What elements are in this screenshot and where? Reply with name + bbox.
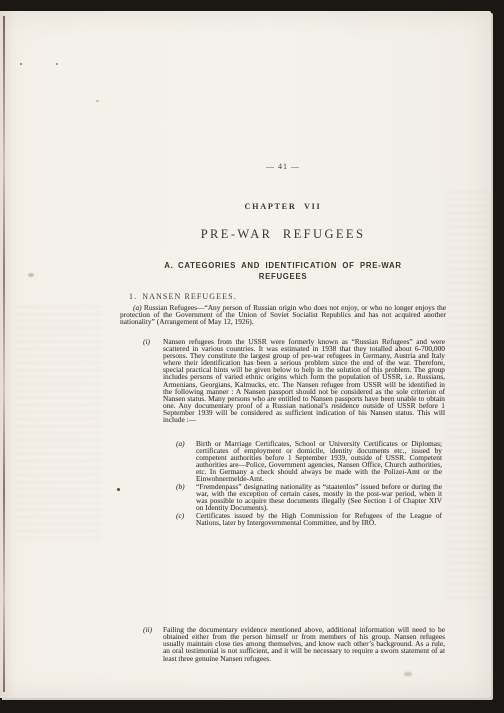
scan-smudge (404, 672, 412, 676)
book-page: — 41 — CHAPTER VII PRE-WAR REFUGEES A. C… (0, 11, 491, 698)
list-item-i: (i) Nansen refugees from the USSR were f… (163, 338, 445, 423)
page-binding-crease (3, 16, 5, 692)
sub-item-a-text: Birth or Marriage Certificates, School o… (196, 439, 442, 483)
scan-speck (20, 63, 22, 65)
sub-item-a: (a) Birth or Marriage Certificates, Scho… (196, 440, 442, 483)
list-item-ii: (ii) Failing the documentary evidence me… (163, 626, 445, 661)
sub-item-b-marker: (b) (176, 483, 185, 490)
scan-speck (56, 63, 58, 65)
ink-bleedthrough-left (16, 306, 102, 541)
paragraph-a-text: Russian Refugees—“Any person of Russian … (120, 303, 446, 326)
sub-item-c-text: Certificates issued by the High Commissi… (196, 511, 442, 527)
section-heading-line2: REFUGEES (120, 272, 446, 283)
chapter-heading: CHAPTER VII (120, 202, 446, 211)
sub-list: (a) Birth or Marriage Certificates, Scho… (196, 440, 442, 527)
page-number: — 41 — (120, 162, 446, 171)
scan-speck (96, 100, 99, 102)
scan-smudge (28, 273, 34, 277)
ink-bleedthrough-right (446, 191, 488, 601)
sub-item-c: (c) Certificates issued by the High Comm… (196, 512, 442, 526)
list-item-i-marker: (i) (143, 338, 150, 345)
list-item-i-text: Nansen refugees from the USSR were forme… (163, 337, 445, 424)
scan-speck (117, 488, 120, 491)
sub-item-c-marker: (c) (176, 512, 184, 519)
section-heading: A. CATEGORIES AND IDENTIFICATION OF PRE-… (120, 261, 446, 282)
paragraph-a: (a) Russian Refugees—“Any person of Russ… (120, 304, 446, 325)
sub-item-b: (b) “Fremdenpass” designating nationalit… (196, 483, 442, 511)
scanned-book-photo: { "colors": { "background": "#1a1714", "… (0, 0, 504, 713)
sub-item-b-text: “Fremdenpass” designating nationality as… (196, 482, 442, 512)
list-item-ii-marker: (ii) (143, 626, 152, 633)
sub-item-a-marker: (a) (176, 440, 185, 447)
list-item-ii-text: Failing the documentary evidence mention… (163, 625, 445, 662)
page-title: PRE-WAR REFUGEES (120, 227, 446, 242)
section-heading-line1: A. CATEGORIES AND IDENTIFICATION OF PRE-… (120, 261, 446, 272)
subsection-heading: 1. NANSEN REFUGEES. (120, 292, 446, 301)
